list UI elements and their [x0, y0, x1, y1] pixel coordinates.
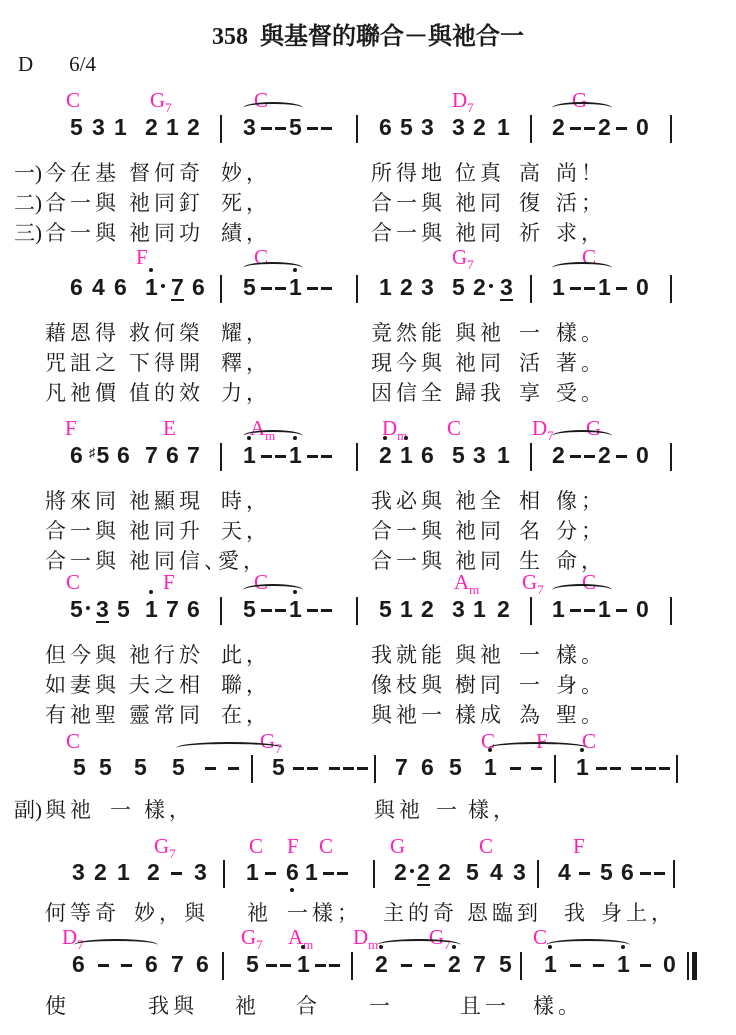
chord-quality: 7	[537, 582, 544, 597]
note-digit: 2	[438, 861, 451, 884]
barline	[356, 597, 358, 625]
note: 3	[421, 276, 434, 299]
note-digit: 1	[552, 598, 565, 621]
lyric-segment: 如妻與	[45, 669, 120, 699]
sharp-icon: ♯	[89, 445, 96, 460]
note: 5	[452, 444, 465, 467]
note: 2	[598, 116, 611, 139]
note: 7	[187, 444, 200, 467]
barline	[220, 115, 222, 143]
note: 1	[400, 444, 413, 467]
lyric-segment: 一	[436, 794, 461, 824]
note-digit: 2	[375, 953, 388, 976]
note-digit: 5	[97, 444, 110, 467]
duration-dash	[329, 767, 340, 770]
lyric-segment: 與祂	[374, 794, 424, 824]
note: 3	[72, 861, 85, 884]
note: 5	[70, 598, 90, 621]
duration-dash	[584, 287, 595, 290]
lyric-segment: 聯，	[221, 669, 271, 699]
tie-arc	[74, 939, 158, 951]
note-digit: 6	[70, 444, 83, 467]
chord-label: F	[287, 834, 299, 859]
note: 2	[473, 116, 486, 139]
note-digit: 1	[400, 444, 413, 467]
note: 2	[400, 276, 413, 299]
chord-label: G7	[522, 570, 544, 595]
lyric-segment: 祂同	[455, 515, 505, 545]
note: 6	[421, 756, 434, 779]
duration-dash	[570, 609, 581, 612]
note-digit: 6	[70, 276, 83, 299]
note-digit: 7	[473, 953, 486, 976]
final-barline	[687, 952, 697, 980]
note: 1	[598, 276, 611, 299]
lyric-segment: 合一與	[371, 545, 446, 575]
duration-dash	[280, 964, 291, 967]
note: 3	[96, 598, 109, 623]
note: 2	[379, 444, 392, 467]
note: 2	[448, 953, 461, 976]
chord-quality: 7	[165, 100, 172, 115]
note-digit: 4	[490, 861, 503, 884]
duration-dash	[424, 964, 435, 967]
note: 1	[544, 953, 557, 976]
note: 1	[145, 276, 165, 299]
note-digit: 1	[400, 598, 413, 621]
lyric-segment: 樣。	[556, 639, 606, 669]
note: 3	[473, 444, 486, 467]
lyric-segment: 樣，	[144, 794, 194, 824]
lyric-segment: 祂	[235, 990, 260, 1020]
note: 5	[70, 116, 83, 139]
note-digit: 0	[636, 444, 649, 467]
lyric-segment: 與祂	[455, 639, 505, 669]
lyric-segment: 合	[296, 990, 321, 1020]
chord-label: F	[573, 834, 585, 859]
note: 1	[117, 861, 130, 884]
barline	[537, 860, 539, 888]
chord-label: C	[66, 570, 80, 595]
duration-dash	[584, 609, 595, 612]
note-digit: 2	[421, 598, 434, 621]
rest-note: 0	[636, 598, 649, 621]
lyric-segment: 樹同	[455, 669, 505, 699]
duration-dash	[616, 127, 627, 130]
lyric-segment: 靈常同	[129, 699, 204, 729]
note-digit: 5	[117, 598, 130, 621]
lyric-segment: 時，	[221, 485, 271, 515]
duration-dash	[321, 287, 332, 290]
note: 6	[145, 953, 158, 976]
chord-label: C	[533, 925, 547, 950]
lyric-segment: 今在基	[45, 157, 120, 187]
note: 1	[497, 444, 510, 467]
key-and-time: D6/4	[18, 52, 96, 77]
lyric-segment: 為	[519, 699, 544, 729]
rest-note: 0	[663, 953, 676, 976]
barline	[673, 860, 675, 888]
duration-dash	[315, 964, 326, 967]
note-digit: 1	[114, 116, 127, 139]
note: 6	[379, 116, 392, 139]
chord-label: C	[66, 729, 80, 754]
note: 1	[552, 598, 565, 621]
note-digit: 5	[600, 861, 613, 884]
barline	[356, 275, 358, 303]
note: 1	[484, 756, 497, 779]
note-digit: 7	[145, 444, 158, 467]
duration-dash	[261, 609, 272, 612]
lyric-segment: 督何奇	[129, 157, 204, 187]
note: 2	[552, 444, 565, 467]
note: 1	[598, 598, 611, 621]
note-digit: 6	[421, 444, 434, 467]
note-digit: 2	[379, 444, 392, 467]
hymn-title: 與基督的聯合－與祂合一	[260, 24, 524, 50]
duration-dash	[329, 964, 340, 967]
duration-dash	[337, 872, 348, 875]
lyric-segment: 祂同	[455, 187, 505, 217]
chord-label: D7	[452, 88, 474, 113]
note-digit: 6	[421, 756, 434, 779]
note: 2	[552, 116, 565, 139]
lyric-segment: 且一	[460, 990, 510, 1020]
tie-arc	[243, 102, 303, 114]
chord-quality: 7	[467, 257, 474, 272]
lyric-segment: 合一與	[371, 217, 446, 247]
lyric-segment: 我必與	[371, 485, 446, 515]
note: 2	[145, 116, 158, 139]
lyric-segment: 但今與	[45, 639, 120, 669]
note-digit: 6	[379, 116, 392, 139]
lyric-segment: 藉恩得	[45, 317, 120, 347]
note: 3	[243, 116, 256, 139]
augmentation-dot	[86, 606, 90, 610]
note: 7	[166, 598, 179, 621]
note-digit: 3	[194, 861, 207, 884]
duration-dash	[596, 767, 607, 770]
lyric-segment: 耀，	[221, 317, 271, 347]
note: 1	[497, 116, 510, 139]
lyric-segment: 在，	[221, 699, 271, 729]
note-digit: 3	[452, 598, 465, 621]
note-digit: 7	[395, 756, 408, 779]
lyric-segment: 相	[519, 485, 544, 515]
octave-dot-above	[149, 268, 153, 272]
chord-quality: m	[469, 582, 479, 597]
lyric-segment: 祂同功	[129, 217, 204, 247]
note: 2	[497, 598, 510, 621]
note-digit: 5	[243, 276, 256, 299]
lyric-segment: 妙，	[221, 157, 271, 187]
duration-dash	[307, 287, 318, 290]
rest-note: 0	[636, 116, 649, 139]
duration-dash	[307, 609, 318, 612]
duration-dash	[616, 287, 627, 290]
barline	[351, 952, 353, 980]
lyric-segment: 力，	[221, 377, 271, 407]
chord-label: F	[136, 245, 148, 270]
duration-dash	[631, 767, 642, 770]
chord-label: C	[479, 834, 493, 859]
note: 1	[379, 276, 392, 299]
note-digit: 1	[598, 276, 611, 299]
note: 5	[466, 861, 479, 884]
lyric-segment: 像；	[556, 485, 606, 515]
note-digit: 3	[473, 444, 486, 467]
duration-dash	[323, 872, 334, 875]
note: 7	[171, 953, 184, 976]
note-digit: 5	[499, 953, 512, 976]
lyric-segment: 與祂一	[371, 699, 446, 729]
note-digit: 1	[497, 444, 510, 467]
chord-quality: 7	[169, 846, 176, 861]
note: 7	[473, 953, 486, 976]
note: 1	[552, 276, 565, 299]
chord-label: C	[319, 834, 333, 859]
lyric-segment: 祂顯現	[129, 485, 204, 515]
lyric-segment: 績，	[221, 217, 271, 247]
duration-dash	[307, 767, 318, 770]
lyric-segment: 我	[564, 897, 589, 927]
note-digit: 2	[448, 953, 461, 976]
lyric-segment: 祂全	[455, 485, 505, 515]
lyric-segment: 像枝與	[371, 669, 446, 699]
tie-arc	[552, 430, 612, 442]
lyric-segment: 合一與	[45, 515, 120, 545]
duration-dash	[640, 872, 651, 875]
note: 2	[375, 953, 388, 976]
lyric-segment: 位真	[455, 157, 505, 187]
verse-marker: 副)	[14, 794, 42, 824]
duration-dash	[531, 767, 542, 770]
note-digit: 6	[187, 598, 200, 621]
lyric-segment: 樣，	[468, 794, 518, 824]
note-digit: 2	[552, 444, 565, 467]
lyric-segment: 高	[519, 157, 544, 187]
duration-dash	[570, 127, 581, 130]
note-digit: 3	[513, 861, 526, 884]
note-digit: 2	[147, 861, 160, 884]
octave-dot-below	[290, 888, 294, 892]
lyric-segment: 祂同升	[129, 515, 204, 545]
verse-marker: 二)	[14, 187, 42, 217]
duration-dash	[640, 964, 651, 967]
lyric-segment: 下得開	[129, 347, 204, 377]
note: 1	[114, 116, 127, 139]
note: 7	[171, 276, 184, 301]
note-digit: 3	[452, 116, 465, 139]
barline	[251, 755, 253, 783]
barline	[356, 115, 358, 143]
lyric-segment: 救何榮	[129, 317, 204, 347]
note: 3	[452, 116, 465, 139]
lyric-segment: 一樣；	[287, 897, 362, 927]
barline	[222, 952, 224, 980]
note: 5	[117, 598, 130, 621]
note: 6	[192, 276, 205, 299]
note: 2	[421, 598, 434, 621]
note: 1	[576, 756, 589, 779]
note: 3	[452, 598, 465, 621]
note: ♯5	[89, 444, 109, 470]
lyric-segment: 我就能	[371, 639, 446, 669]
duration-dash	[293, 767, 304, 770]
note-digit: 1	[246, 861, 259, 884]
tie-arc	[377, 939, 461, 951]
note-digit: 2	[417, 861, 430, 886]
chord-label: G7	[241, 925, 263, 950]
octave-dot-above	[149, 590, 153, 594]
note-digit: 5	[449, 756, 462, 779]
chord-label: G7	[452, 245, 474, 270]
note: 1	[400, 598, 413, 621]
barline	[373, 860, 375, 888]
lyric-segment: 現今與	[371, 347, 446, 377]
note-digit: 0	[636, 598, 649, 621]
chord-label: F	[65, 416, 77, 441]
lyric-segment: 樣。	[533, 990, 583, 1020]
note-digit: 2	[473, 116, 486, 139]
lyric-segment: 歸我	[455, 377, 505, 407]
duration-dash	[654, 872, 665, 875]
lyric-segment: 咒詛之	[45, 347, 120, 377]
lyric-segment: 合一與	[45, 187, 120, 217]
lyric-segment: 合一與	[371, 187, 446, 217]
chord-quality: m	[303, 937, 313, 952]
lyric-segment: 著。	[556, 347, 606, 377]
note-digit: 5	[70, 116, 83, 139]
note-digit: 3	[96, 598, 109, 623]
lyric-segment: 死，	[221, 187, 271, 217]
note: 5	[499, 953, 512, 976]
note: 1	[145, 598, 158, 621]
duration-dash	[645, 767, 656, 770]
duration-dash	[321, 609, 332, 612]
duration-dash	[321, 455, 332, 458]
verse-marker: 一)	[14, 157, 42, 187]
lyric-segment: 祂同	[455, 217, 505, 247]
note-digit: 2	[552, 116, 565, 139]
lyric-segment: 祂同	[455, 347, 505, 377]
note: 2	[394, 861, 414, 884]
barline	[530, 275, 532, 303]
chord-quality: 7	[256, 937, 263, 952]
note: 6	[72, 953, 85, 976]
note-digit: 2	[145, 116, 158, 139]
note: 1	[289, 444, 302, 467]
note-digit: 1	[166, 116, 179, 139]
duration-dash	[570, 287, 581, 290]
note-digit: 5	[73, 756, 86, 779]
lyric-segment: 名	[519, 515, 544, 545]
note-digit: 5	[70, 598, 83, 621]
note-digit: 5	[452, 276, 465, 299]
note: 5	[172, 756, 185, 779]
note-digit: 1	[379, 276, 392, 299]
lyric-segment: 有祂聖	[45, 699, 120, 729]
lyric-segment: 因信全	[371, 377, 446, 407]
note: 4	[490, 861, 503, 884]
lyric-segment: 命，	[556, 545, 606, 575]
chord-label: G	[390, 834, 405, 859]
lyric-segment: 復	[519, 187, 544, 217]
duration-dash	[610, 767, 621, 770]
note-digit: 5	[99, 756, 112, 779]
lyric-segment: 恩臨到	[467, 897, 542, 927]
lyric-segment: 何等奇	[45, 897, 120, 927]
duration-dash	[321, 127, 332, 130]
note: 2	[473, 276, 493, 299]
lyric-segment: 受。	[556, 377, 606, 407]
tie-arc	[176, 742, 283, 754]
note-digit: 6	[286, 861, 299, 884]
note: 6	[70, 276, 83, 299]
rest-note: 0	[636, 276, 649, 299]
note-digit: 1	[117, 861, 130, 884]
duration-dash	[659, 767, 670, 770]
note-digit: 0	[636, 116, 649, 139]
note: 1	[243, 444, 256, 467]
note-digit: 3	[421, 116, 434, 139]
note-digit: 1	[305, 861, 318, 884]
note: 1	[289, 276, 302, 299]
note-digit: 1	[497, 116, 510, 139]
note: 5	[289, 116, 302, 139]
duration-dash	[584, 455, 595, 458]
note-digit: 3	[72, 861, 85, 884]
note: 5	[243, 598, 256, 621]
lyric-segment: 天，	[221, 515, 271, 545]
note-digit: 3	[500, 276, 513, 301]
duration-dash	[584, 127, 595, 130]
note-digit: 1	[145, 598, 158, 621]
lyric-segment: 一	[110, 794, 135, 824]
tie-arc	[488, 742, 588, 754]
note-digit: 1	[617, 953, 630, 976]
barline	[676, 755, 678, 783]
note-digit: 5	[246, 953, 259, 976]
note-digit: 1	[289, 598, 302, 621]
chord-label: G7	[154, 834, 176, 859]
note-digit: 3	[92, 116, 105, 139]
note: 5	[243, 276, 256, 299]
note-digit: 6	[192, 276, 205, 299]
note-digit: 0	[636, 276, 649, 299]
note-digit: 2	[598, 444, 611, 467]
note: 2	[598, 444, 611, 467]
note-digit: 1	[473, 598, 486, 621]
duration-dash	[275, 287, 286, 290]
note: 4	[92, 276, 105, 299]
tie-arc	[546, 939, 630, 951]
note-digit: 6	[145, 953, 158, 976]
lyric-segment: 身。	[556, 669, 606, 699]
note: 5	[134, 756, 147, 779]
duration-dash	[616, 455, 627, 458]
note-digit: 5	[400, 116, 413, 139]
note-digit: 6	[196, 953, 209, 976]
note: 5	[400, 116, 413, 139]
duration-dash	[261, 455, 272, 458]
note-digit: 2	[394, 861, 407, 884]
note: 6	[117, 444, 130, 467]
duration-dash	[228, 767, 239, 770]
note: 2	[94, 861, 107, 884]
duration-dash	[261, 127, 272, 130]
lyric-segment: 夫之相	[129, 669, 204, 699]
